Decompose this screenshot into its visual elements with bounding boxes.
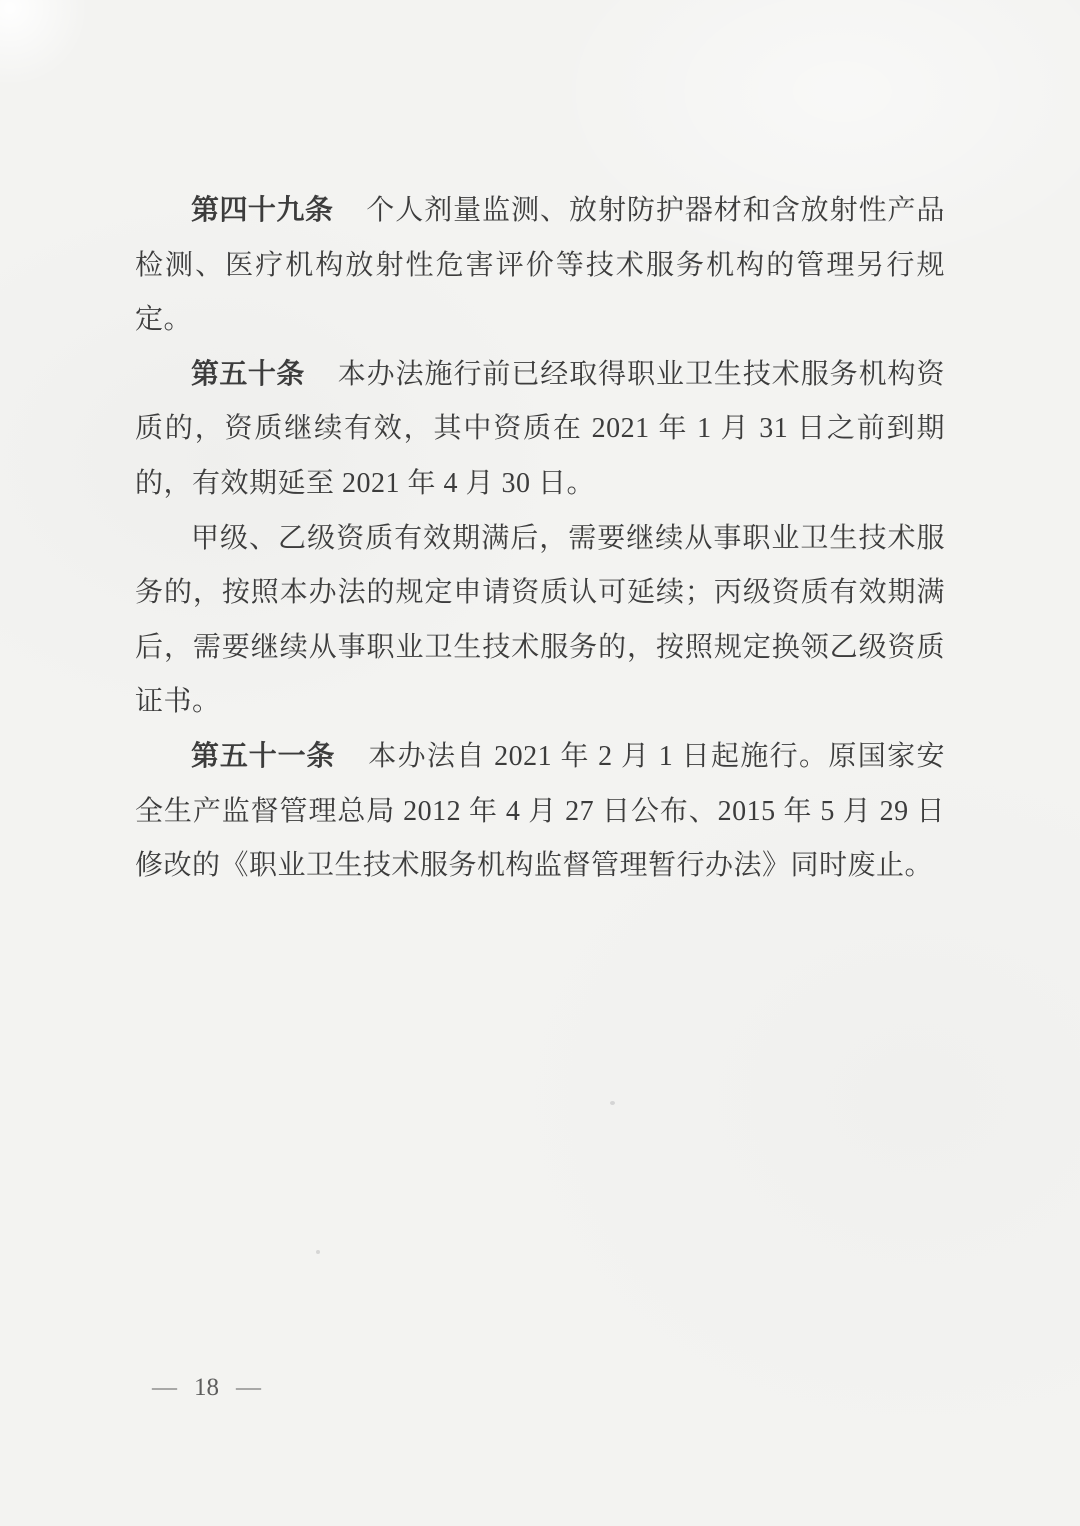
article-50-number: 第五十条 xyxy=(191,359,305,390)
page-number: 18 xyxy=(194,1374,219,1402)
scan-speck xyxy=(610,1101,615,1105)
article-50-clause-2-text: 甲级、乙级资质有效期满后，需要继续从事职业卫生技术服务的，按照本办法的规定申请资… xyxy=(135,523,945,718)
paragraph-article-50-clause-2: 甲级、乙级资质有效期满后，需要继续从事职业卫生技术服务的，按照本办法的规定申请资… xyxy=(135,512,945,730)
scan-speck xyxy=(316,1250,320,1254)
document-page: 第四十九条个人剂量监测、放射防护器材和含放射性产品检测、医疗机构放射性危害评价等… xyxy=(0,0,1080,1526)
paragraph-article-50: 第五十条本办法施行前已经取得职业卫生技术服务机构资质的，资质继续有效，其中资质在… xyxy=(135,348,945,512)
footer-dash-left: — xyxy=(152,1376,177,1400)
footer-dash-right: — xyxy=(236,1376,261,1400)
page-footer: — 18 — xyxy=(152,1374,261,1402)
paragraph-article-51: 第五十一条本办法自 2021 年 2 月 1 日起施行。原国家安全生产监督管理总… xyxy=(135,730,945,894)
article-51-number: 第五十一条 xyxy=(191,741,335,772)
paragraph-article-49: 第四十九条个人剂量监测、放射防护器材和含放射性产品检测、医疗机构放射性危害评价等… xyxy=(135,184,945,348)
document-body: 第四十九条个人剂量监测、放射防护器材和含放射性产品检测、医疗机构放射性危害评价等… xyxy=(135,184,945,894)
article-49-number: 第四十九条 xyxy=(191,195,333,226)
